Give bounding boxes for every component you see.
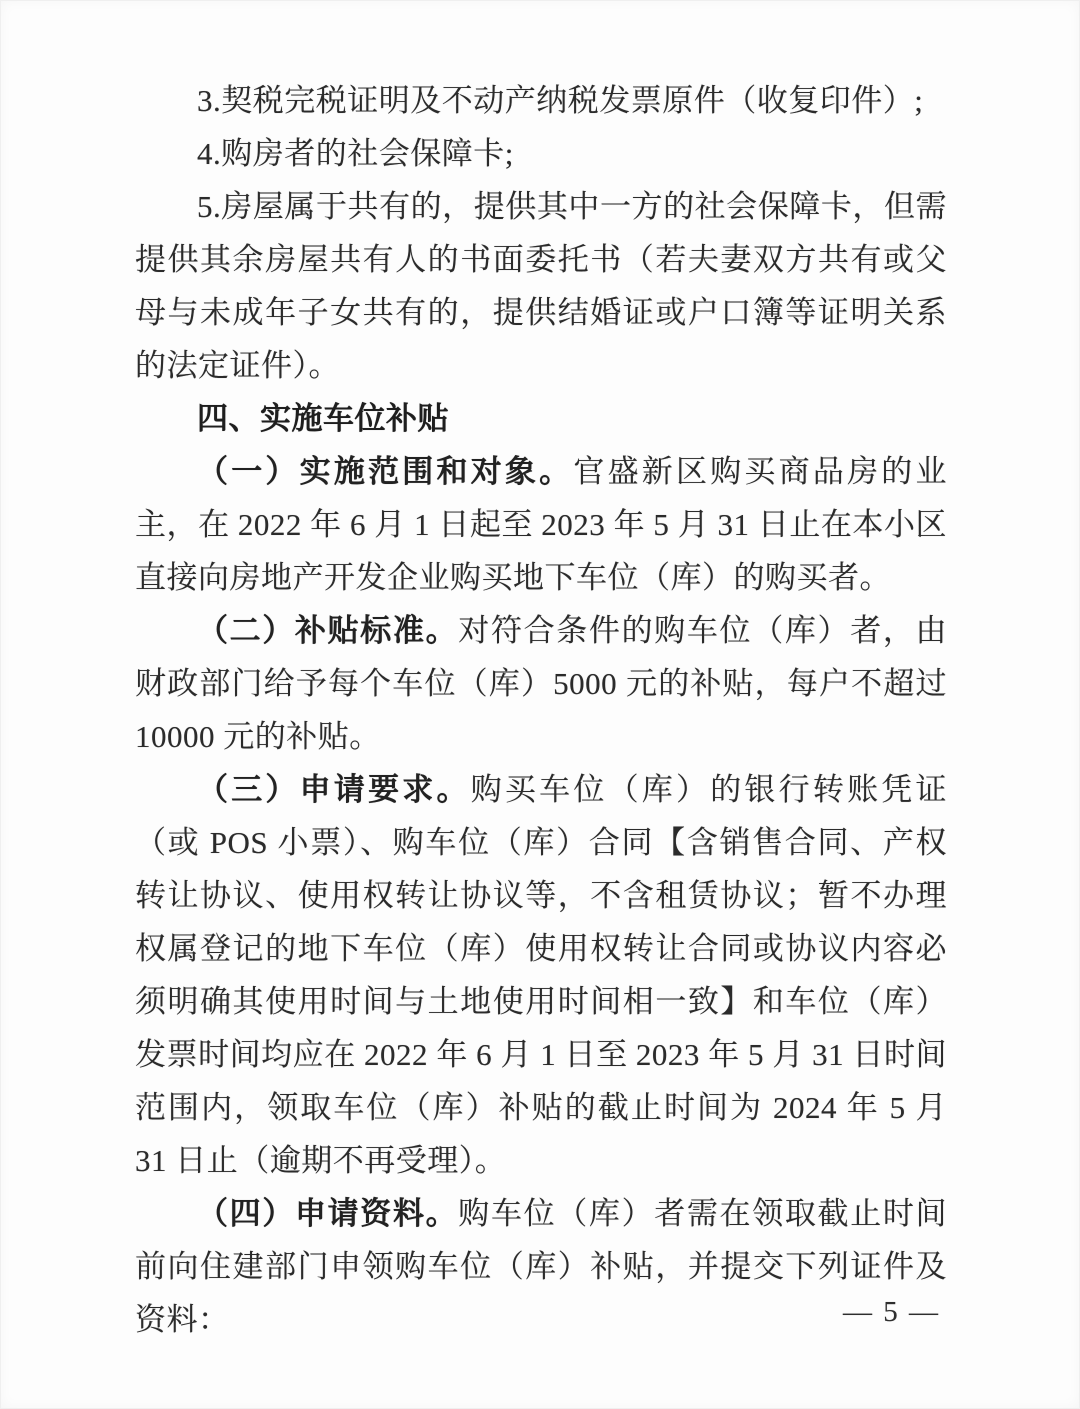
document-page: 3.契税完税证明及不动产纳税发票原件（收复印件）;4.购房者的社会保障卡;5.房… xyxy=(0,0,1080,1409)
page-number: — 5 — xyxy=(843,1296,940,1328)
paragraph: （二）补贴标准。对符合条件的购车位（库）者，由财政部门给予每个车位（库）5000… xyxy=(135,604,947,763)
paragraph-lead: （二）补贴标准。 xyxy=(197,613,458,648)
paragraph: （三）申请要求。购买车位（库）的银行转账凭证（或 POS 小票）、购车位（库）合… xyxy=(135,763,947,1187)
page-footer: — 5 — xyxy=(843,1296,940,1329)
list-item: 5.房屋属于共有的，提供其中一方的社会保障卡，但需提供其余房屋共有人的书面委托书… xyxy=(135,180,947,392)
paragraph-lead: （三）申请要求。 xyxy=(197,772,471,807)
document-body: 3.契税完税证明及不动产纳税发票原件（收复印件）;4.购房者的社会保障卡;5.房… xyxy=(135,74,947,1346)
paragraph-lead: （四）申请资料。 xyxy=(197,1196,458,1231)
paragraph: （四）申请资料。购车位（库）者需在领取截止时间前向住建部门申领购车位（库）补贴，… xyxy=(135,1187,947,1346)
paragraph-lead: （一）实施范围和对象。 xyxy=(197,454,573,489)
list-item: 4.购房者的社会保障卡; xyxy=(135,127,947,180)
list-item: 3.契税完税证明及不动产纳税发票原件（收复印件）; xyxy=(135,74,947,127)
paragraph: （一）实施范围和对象。官盛新区购买商品房的业主，在 2022 年 6 月 1 日… xyxy=(135,445,947,604)
section-heading: 四、实施车位补贴 xyxy=(135,392,947,445)
paragraph-text: 购买车位（库）的银行转账凭证（或 POS 小票）、购车位（库）合同【含销售合同、… xyxy=(135,772,947,1178)
